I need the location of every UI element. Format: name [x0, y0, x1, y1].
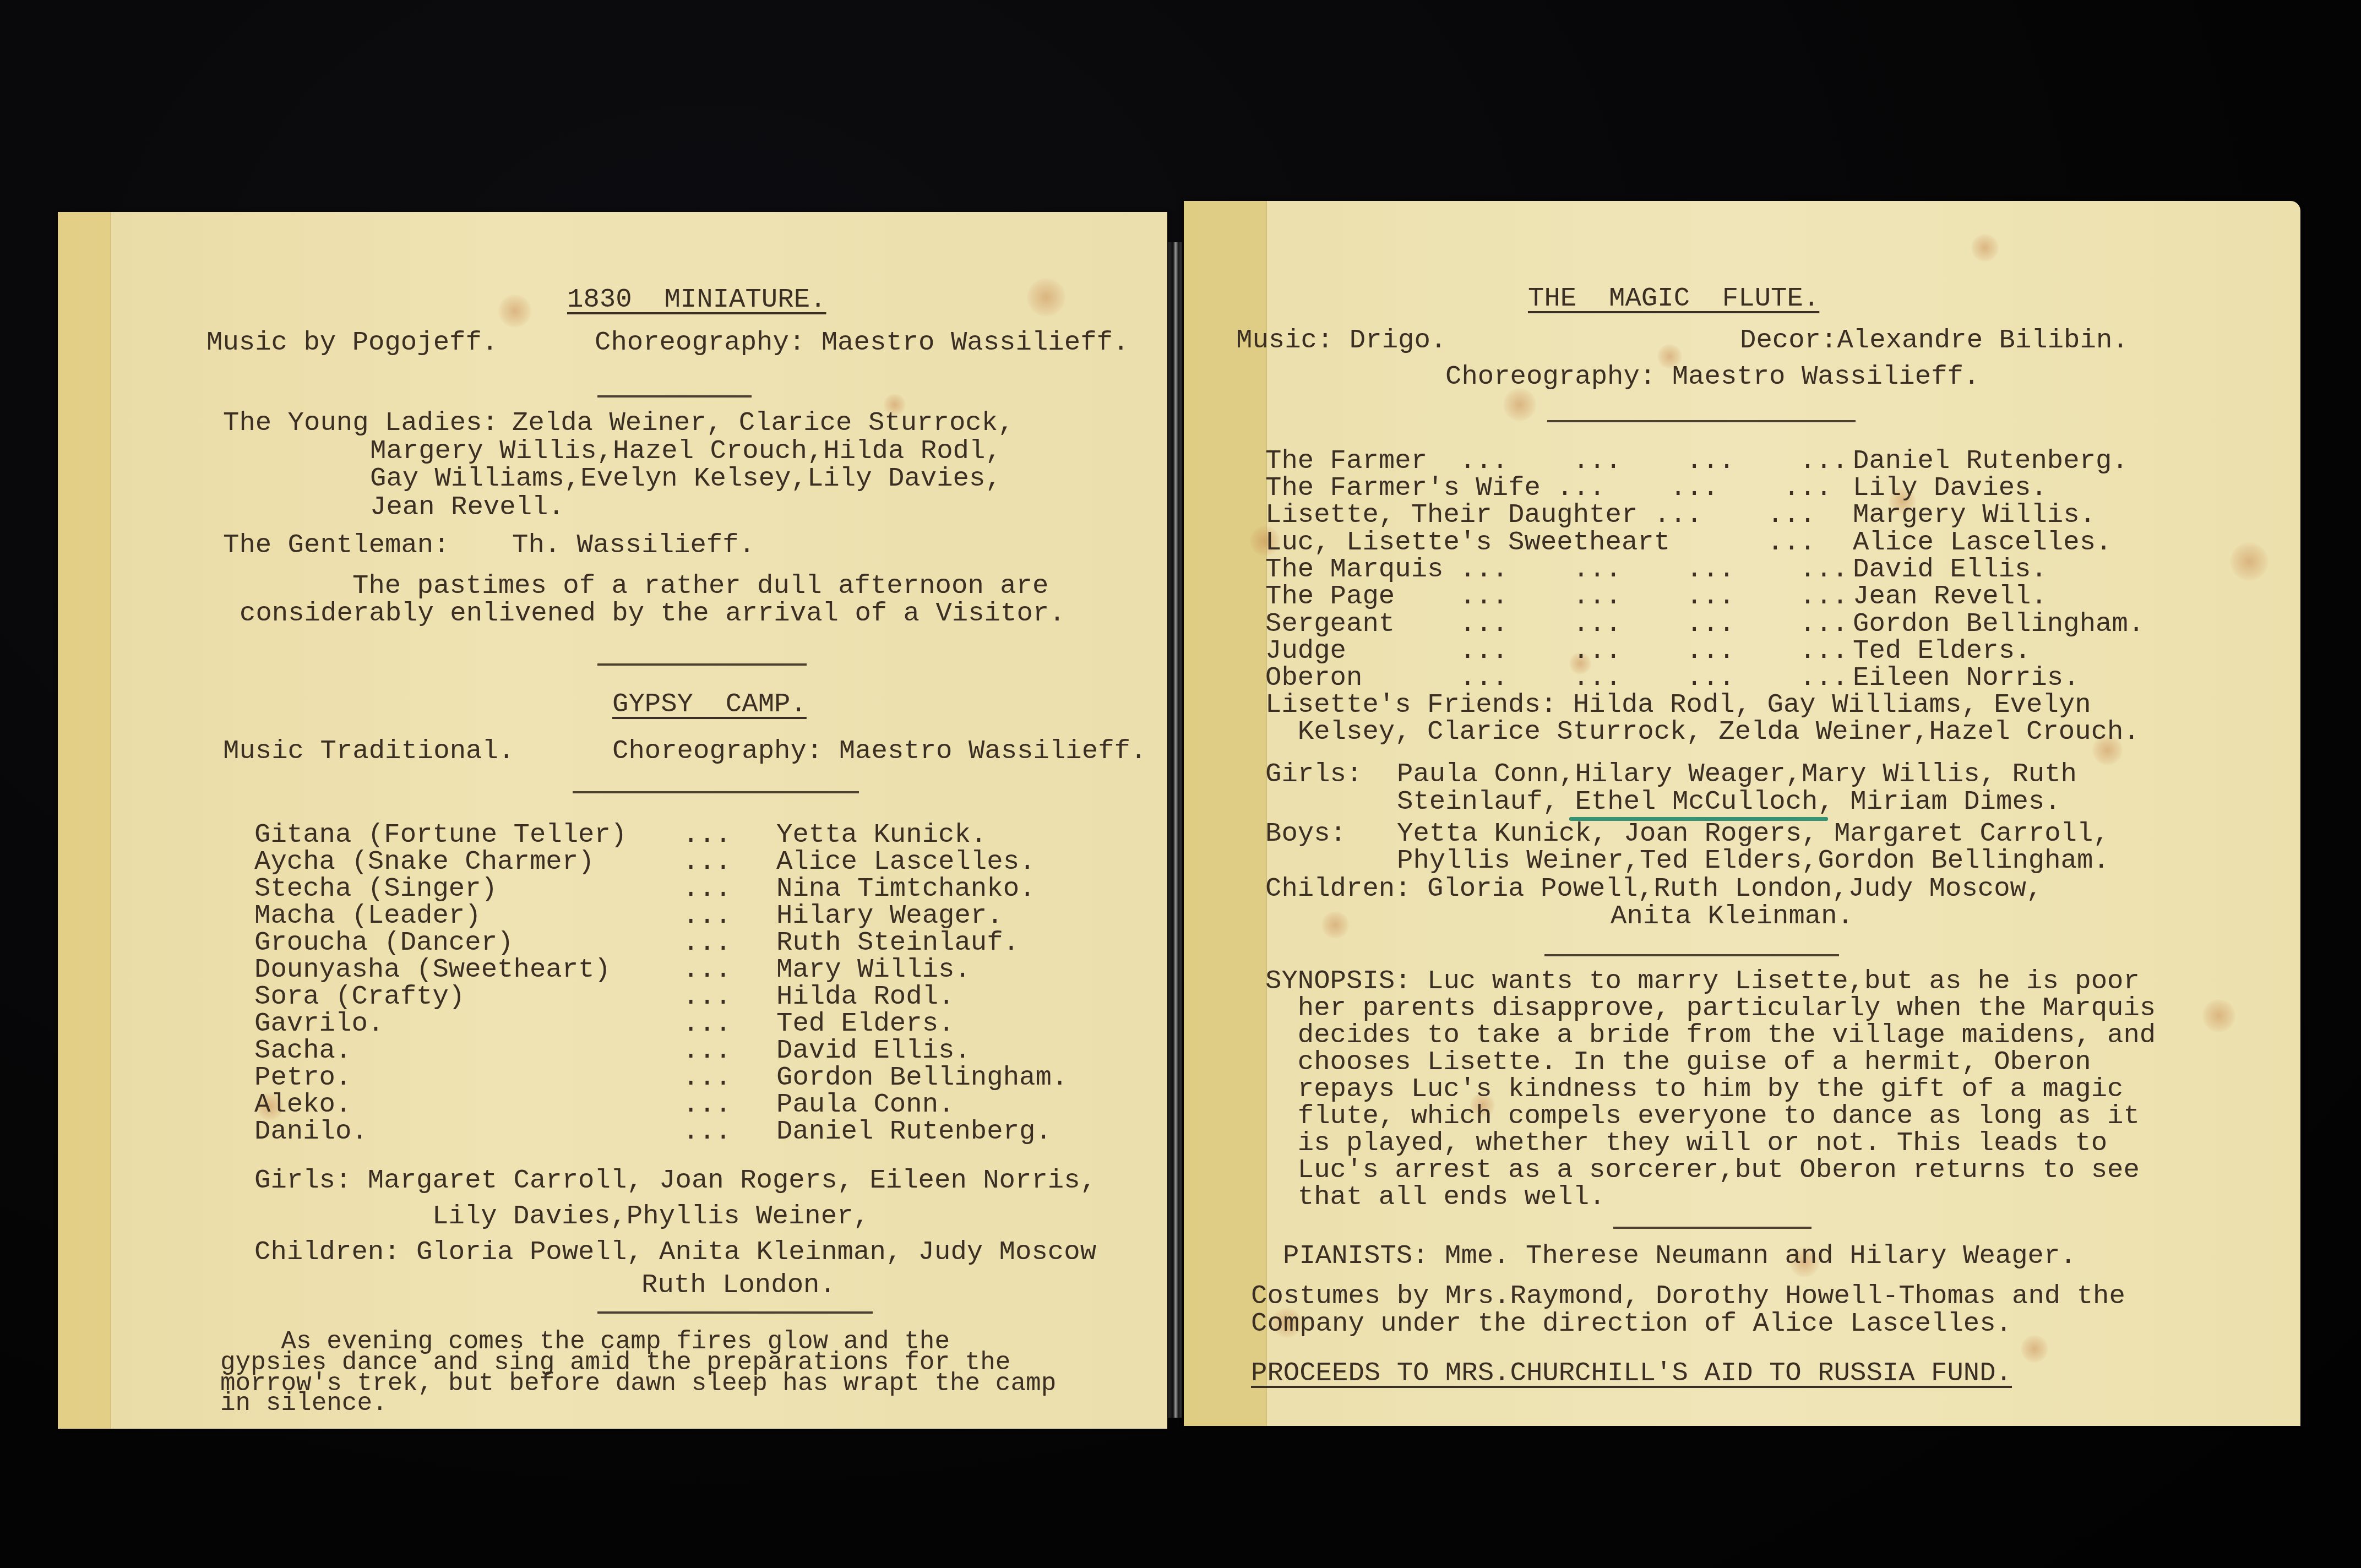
- tape-strip: [1184, 201, 1267, 1426]
- magic-flute-title: THE MAGIC FLUTE.: [1528, 285, 1819, 312]
- girls-line: Paula Conn,Hilary Weager,Mary Willis, Ru…: [1397, 761, 2077, 788]
- cast-actor: Ted Elders.: [776, 1010, 954, 1037]
- cast-role: Petro.: [254, 1064, 351, 1091]
- cast-role: The Page ... ... ... ...: [1265, 583, 1848, 610]
- cast-role: Aycha (Snake Charmer): [254, 848, 595, 875]
- boys-line: Phyllis Weiner,Ted Elders,Gordon Belling…: [1397, 847, 2109, 874]
- cast-actor: Eileen Norris.: [1853, 665, 2080, 692]
- cast-role: The Farmer ... ... ... ...: [1265, 448, 1848, 475]
- proceeds-note: PROCEEDS TO MRS.CHURCHILL'S AID TO RUSSI…: [1251, 1360, 2012, 1387]
- gypsy-girls-line: Lily Davies,Phyllis Weiner,: [432, 1203, 869, 1230]
- cast-role: Lisette, Their Daughter ... ...: [1265, 502, 1816, 529]
- gypsy-girls-line: Girls: Margaret Carroll, Joan Rogers, Ei…: [254, 1167, 1096, 1194]
- cast-actor: Daniel Rutenberg.: [776, 1118, 1052, 1145]
- cast-actor: Mary Willis.: [776, 956, 971, 983]
- miniature-choreography: Choreography: Maestro Wassilieff.: [595, 329, 1129, 356]
- cast-actor: Hilda Rodl.: [776, 983, 954, 1010]
- divider: [1544, 954, 1839, 956]
- cast-role: Aleko.: [254, 1091, 351, 1118]
- cast-separator: ...: [683, 1010, 731, 1037]
- divider: [1547, 420, 1856, 422]
- foxing-spot: [1321, 911, 1349, 939]
- children-line: Children: Gloria Powell,Ruth London,Judy…: [1265, 875, 2042, 902]
- foxing-spot: [1503, 388, 1536, 421]
- divider: [597, 663, 807, 666]
- cast-actor: Alice Lascelles.: [1853, 529, 2112, 556]
- gypsy-camp-choreography: Choreography: Maestro Wassilieff.: [612, 738, 1146, 765]
- foxing-spot: [1971, 234, 1999, 262]
- young-ladies-line: Gay Williams,Evelyn Kelsey,Lily Davies,: [370, 465, 1002, 492]
- synopsis-line: her parents disapprove, particularly whe…: [1265, 995, 2156, 1022]
- gypsy-description: in silence.: [220, 1393, 388, 1414]
- miniature-description: The pastimes of a rather dull afternoon …: [352, 573, 1048, 600]
- synopsis-line: chooses Lisette. In the guise of a hermi…: [1265, 1049, 2091, 1076]
- cast-actor: Ted Elders.: [1853, 638, 2031, 665]
- young-ladies-line: Margery Willis,Hazel Crouch,Hilda Rodl,: [370, 438, 1002, 465]
- synopsis-line: SYNOPSIS: Luc wants to marry Lisette,but…: [1265, 968, 2140, 995]
- boys-line: Yetta Kunick, Joan Rogers, Margaret Carr…: [1397, 820, 2109, 847]
- cast-role: Gitana (Fortune Teller): [254, 821, 627, 848]
- costumes-line: Company under the direction of Alice Las…: [1251, 1310, 2012, 1337]
- cast-actor: Gordon Bellingham.: [776, 1064, 1068, 1091]
- synopsis-line: Luc's arrest as a sorcerer,but Oberon re…: [1265, 1157, 2140, 1184]
- cast-actor: Ruth Steinlauf.: [776, 929, 1019, 956]
- boys-label: Boys:: [1265, 820, 1346, 847]
- gypsy-children-line: Children: Gloria Powell, Anita Kleinman,…: [254, 1239, 1096, 1266]
- cast-role: Sergeant ... ... ... ...: [1265, 611, 1848, 638]
- cast-role: Dounyasha (Sweetheart): [254, 956, 611, 983]
- cast-separator: ...: [683, 821, 731, 848]
- magic-flute-music: Music: Drigo.: [1236, 327, 1446, 354]
- divider: [597, 395, 752, 398]
- divider: [597, 1311, 873, 1314]
- cast-actor: Gordon Bellingham.: [1853, 611, 2144, 638]
- synopsis-line: flute, which compels everyone to dance a…: [1265, 1103, 2140, 1130]
- costumes-line: Costumes by Mrs.Raymond, Dorothy Howell-…: [1251, 1283, 2125, 1310]
- cast-actor: Lily Davies.: [1853, 475, 2047, 502]
- young-ladies-line: Zelda Weiner, Clarice Sturrock,: [512, 410, 1014, 437]
- cast-role: Luc, Lisette's Sweetheart ...: [1265, 529, 1816, 556]
- cast-separator: ...: [683, 902, 731, 929]
- gypsy-camp-title: GYPSY CAMP.: [612, 691, 807, 718]
- cast-role: Judge ... ... ... ...: [1265, 638, 1848, 665]
- magic-flute-choreography: Choreography: Maestro Wassilieff.: [1445, 363, 1979, 390]
- girls-line: Steinlauf, Ethel McCulloch, Miriam Dimes…: [1397, 788, 2061, 815]
- divider: [1613, 1227, 1811, 1229]
- cast-actor: Jean Revell.: [1853, 583, 2047, 610]
- tape-strip: [58, 212, 111, 1429]
- cast-role: The Marquis ... ... ... ...: [1265, 556, 1848, 583]
- divider: [573, 791, 859, 793]
- cast-separator: ...: [683, 1091, 731, 1118]
- cast-actor: Alice Lascelles.: [776, 848, 1035, 875]
- cast-role: Groucha (Dancer): [254, 929, 513, 956]
- cast-separator: ...: [683, 929, 731, 956]
- cast-role: Danilo.: [254, 1118, 368, 1145]
- girls-label: Girls:: [1265, 761, 1362, 788]
- cast-separator: ...: [683, 1064, 731, 1091]
- young-ladies-line: Jean Revell.: [370, 494, 564, 521]
- cast-separator: ...: [683, 1118, 731, 1145]
- synopsis-line: repays Luc's kindness to him by the gift…: [1265, 1076, 2123, 1103]
- young-ladies-label: The Young Ladies:: [223, 410, 498, 437]
- cast-separator: ...: [683, 875, 731, 902]
- cast-actor: Nina Timtchanko.: [776, 875, 1035, 902]
- foxing-spot: [2021, 1335, 2048, 1363]
- synopsis-line: decides to take a bride from the village…: [1265, 1022, 2156, 1049]
- miniature-music: Music by Pogojeff.: [206, 329, 498, 356]
- cast-role: Gavrilo.: [254, 1010, 384, 1037]
- cast-actor: Hilary Weager.: [776, 902, 1003, 929]
- miniature-description: considerably enlivened by the arrival of…: [240, 600, 1065, 627]
- cast-separator: ...: [683, 1037, 731, 1064]
- pianists: PIANISTS: Mme. Therese Neumann and Hilar…: [1283, 1243, 2076, 1270]
- cast-actor: Paula Conn.: [776, 1091, 954, 1118]
- miniature-title: 1830 MINIATURE.: [567, 286, 826, 313]
- cast-actor: Yetta Kunick.: [776, 821, 987, 848]
- foxing-spot: [2202, 999, 2235, 1032]
- synopsis-line: that all ends well.: [1265, 1184, 1606, 1211]
- foxing-spot: [1027, 278, 1065, 317]
- gentleman-name: Th. Wassilieff.: [512, 532, 755, 559]
- magic-flute-decor: Decor:Alexandre Bilibin.: [1740, 327, 2129, 354]
- lisettes-friends-line: Lisette's Friends: Hilda Rodl, Gay Willi…: [1265, 692, 2091, 718]
- gypsy-camp-music: Music Traditional.: [223, 738, 514, 765]
- lisettes-friends-line: Kelsey, Clarice Sturrock, Zelda Weiner,H…: [1265, 718, 2140, 745]
- cast-separator: ...: [683, 848, 731, 875]
- cast-role: Sora (Crafty): [254, 983, 465, 1010]
- cast-role: Macha (Leader): [254, 902, 481, 929]
- cast-role: Stecha (Singer): [254, 875, 497, 902]
- cast-actor: David Ellis.: [1853, 556, 2047, 583]
- binding-spine: [1168, 242, 1182, 1418]
- synopsis-line: is played, whether they will or not. Thi…: [1265, 1130, 2107, 1157]
- cast-actor: Margery Willis.: [1853, 502, 2096, 529]
- children-line: Anita Kleinman.: [1611, 903, 1853, 930]
- cast-separator: ...: [683, 956, 731, 983]
- cast-actor: David Ellis.: [776, 1037, 971, 1064]
- cast-role: The Farmer's Wife ... ... ...: [1265, 475, 1832, 502]
- foxing-spot: [498, 295, 531, 328]
- cast-role: Sacha.: [254, 1037, 351, 1064]
- cast-role: Oberon ... ... ... ...: [1265, 665, 1848, 692]
- cast-actor: Daniel Rutenberg.: [1853, 448, 2128, 475]
- cast-separator: ...: [683, 983, 731, 1010]
- foxing-spot: [2230, 542, 2268, 581]
- gentleman-label: The Gentleman:: [223, 532, 450, 559]
- gypsy-children-line: Ruth London.: [641, 1272, 836, 1299]
